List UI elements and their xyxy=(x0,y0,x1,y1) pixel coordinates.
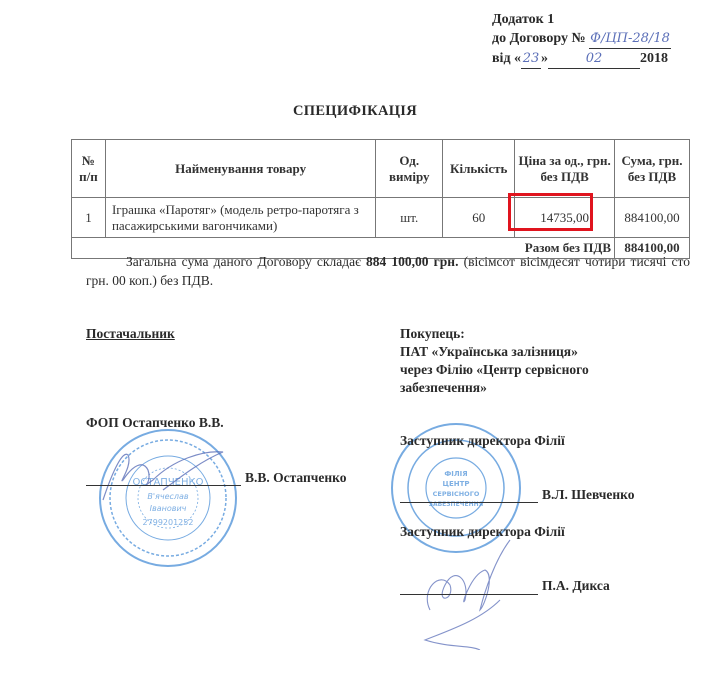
annex-title: Додаток 1 xyxy=(492,10,671,29)
table-row: 1 Іграшка «Паротяг» (модель ретро-паротя… xyxy=(72,198,690,238)
buyer-line2: через Філію «Центр сервісного xyxy=(400,361,589,379)
total-amount: 884 100,00 грн. xyxy=(366,254,458,269)
date-year: 2018 xyxy=(640,51,668,66)
date-day: 23 xyxy=(521,49,541,69)
date-month: 02 xyxy=(548,49,640,69)
buyer-line3: забезпечення» xyxy=(400,379,589,397)
cell-sum: 884100,00 xyxy=(615,198,690,238)
cell-name: Іграшка «Паротяг» (модель ретро-паротяга… xyxy=(105,198,375,238)
buyer-signer-1-role: Заступник директора Філії xyxy=(400,433,565,449)
contract-date: від «23»022018 xyxy=(492,49,671,69)
supplier-signature xyxy=(93,440,243,510)
supplier-signatory: В.В. Остапченко xyxy=(245,470,347,486)
col-header-price: Ціна за од., грн. без ПДВ xyxy=(515,140,615,198)
col-header-sum: Сума, грн. без ПДВ xyxy=(615,140,690,198)
cell-quantity: 60 xyxy=(443,198,515,238)
cell-number: 1 xyxy=(72,198,106,238)
buyer-heading: Покупець: xyxy=(400,325,589,343)
buyer-block: Покупець: ПАТ «Українська залізниця» чер… xyxy=(400,325,589,397)
table-header-row: № п/п Найменування товару Од. виміру Кіл… xyxy=(72,140,690,198)
buyer-signer-2-signature-line xyxy=(400,594,538,595)
annex-header: Додаток 1 до Договору № Ф/ЦП-28/18 від «… xyxy=(492,10,671,69)
document-title: СПЕЦИФІКАЦІЯ xyxy=(0,103,710,120)
contract-number: Ф/ЦП-28/18 xyxy=(589,29,671,49)
total-paragraph: Загальна сума даного Договору складає 88… xyxy=(86,252,690,290)
supplier-signature-line xyxy=(86,485,241,486)
col-header-unit: Од. виміру xyxy=(376,140,443,198)
col-header-name: Найменування товару xyxy=(105,140,375,198)
price-highlight-box xyxy=(508,193,593,231)
col-header-number: № п/п xyxy=(72,140,106,198)
svg-text:2799201252: 2799201252 xyxy=(143,518,194,527)
contract-reference: до Договору № Ф/ЦП-28/18 xyxy=(492,29,671,49)
buyer-line1: ПАТ «Українська залізниця» xyxy=(400,343,589,361)
svg-text:СЕРВІСНОГО: СЕРВІСНОГО xyxy=(433,490,480,498)
buyer-signer-1-name: В.Л. Шевченко xyxy=(542,487,635,503)
specification-table: № п/п Найменування товару Од. виміру Кіл… xyxy=(71,139,690,259)
buyer-signer-2-name: П.А. Дикса xyxy=(542,578,610,594)
svg-text:ЦЕНТР: ЦЕНТР xyxy=(442,480,469,488)
buyer-signer-1-signature-line xyxy=(400,502,538,503)
cell-unit: шт. xyxy=(376,198,443,238)
supplier-heading: Постачальник xyxy=(86,326,175,342)
svg-text:ФІЛІЯ: ФІЛІЯ xyxy=(444,470,467,478)
col-header-quantity: Кількість xyxy=(443,140,515,198)
